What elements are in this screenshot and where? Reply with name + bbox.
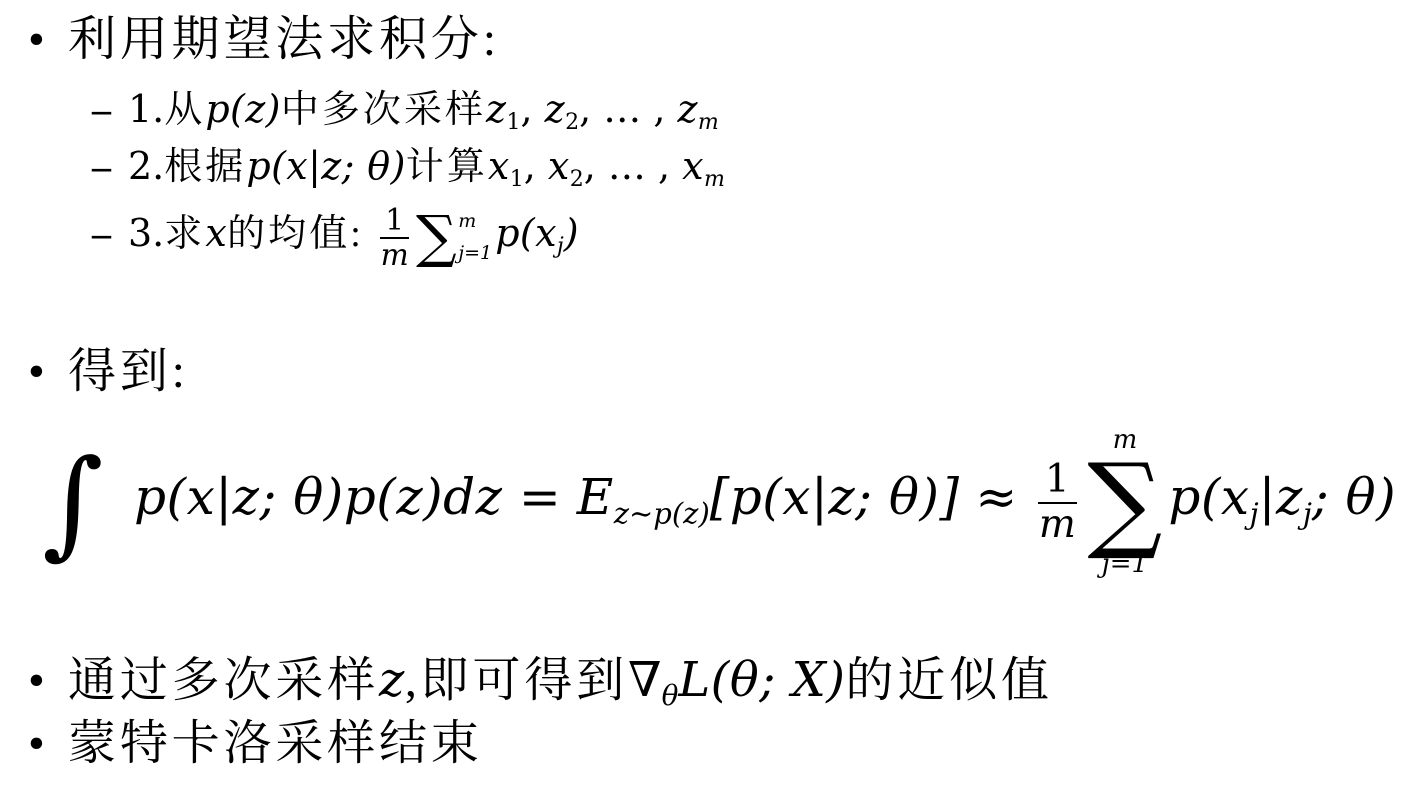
text-segment: p(x|z; θ) (246, 144, 405, 188)
text-segment: 1 (510, 167, 524, 192)
sum-lower-limit: j=1 (458, 244, 492, 263)
bullet-item-2: •得到: (28, 342, 189, 402)
text-segment: [p(x|z; θ)] (710, 468, 960, 526)
text-segment: j (557, 234, 564, 259)
bullet-icon: • (28, 342, 68, 402)
text-segment: 求 (164, 213, 205, 255)
sub-item-3: –3.求x的均值: 1m∑mj=1p(xj) (92, 204, 579, 271)
bullet-1-text: 利用期望法求积分: (68, 13, 500, 66)
fraction-denominator: m (1038, 504, 1077, 547)
sum-lower-limit: j=1 (1102, 551, 1148, 578)
text-segment: = (519, 468, 577, 526)
text-segment: E (577, 468, 614, 526)
sub-item-1: –1.从p(z)中多次采样z1, z2, … , zm (92, 86, 719, 137)
bullet-3-text: 通过多次采样z,即可得到∇θL(θ; X)的近似值 (68, 654, 1053, 707)
text-segment: 的均值: (227, 213, 376, 255)
text-segment: 计算 (406, 146, 488, 188)
summation: m∑j=1 (1087, 427, 1162, 578)
text-segment: 中多次采样 (281, 89, 486, 131)
sigma-icon: ∑ (1087, 454, 1162, 551)
sub-item-2-text: 2.根据p(x|z; θ)计算x1, x2, … , xm (128, 146, 725, 188)
text-segment: z (678, 87, 698, 131)
text-segment: x (548, 144, 570, 188)
bullet-icon: • (28, 10, 68, 70)
dash-icon: – (92, 144, 128, 192)
text-segment: 即可得到 (421, 654, 628, 707)
text-segment: z (545, 87, 565, 131)
text-segment: 从 (164, 89, 205, 131)
text-segment: x (488, 144, 510, 188)
fraction-numerator: 1 (380, 204, 410, 239)
text-segment: 2 (570, 167, 584, 192)
bullet-item-1: •利用期望法求积分: (28, 10, 500, 70)
text-segment: ≈ (960, 468, 1034, 526)
text-segment: x (682, 144, 704, 188)
fraction: 1m (1038, 459, 1077, 547)
dash-icon: – (92, 87, 128, 135)
fraction: 1m (380, 204, 410, 271)
text-segment: 2. (128, 144, 164, 188)
fraction-denominator: m (380, 239, 410, 272)
text-segment: , (520, 87, 544, 131)
text-segment: p(z) (205, 87, 281, 131)
text-segment: , (524, 144, 548, 188)
text-segment: , … , (579, 87, 677, 131)
bullet-icon: • (28, 651, 68, 711)
text-segment: , (405, 654, 421, 707)
text-segment: m (704, 167, 725, 192)
fraction-numerator: 1 (1038, 459, 1077, 504)
bullet-2-text: 得到: (68, 345, 189, 398)
sigma-icon: ∑ (416, 209, 457, 266)
sub-item-3-text: 3.求x的均值: 1m∑mj=1p(xj) (128, 213, 579, 255)
bullet-item-4: •蒙特卡洛采样结束 (28, 714, 483, 774)
text-segment: p(x|z; θ)p(z)dz (118, 468, 519, 526)
dash-icon: – (92, 211, 128, 259)
text-segment: 的近似值 (846, 654, 1053, 707)
text-segment: 1. (128, 87, 164, 131)
text-segment: 1 (506, 110, 520, 135)
text-segment: ∇ (628, 652, 662, 708)
text-segment: m (698, 110, 719, 135)
text-segment: , … , (584, 144, 682, 188)
text-segment: 通过多次采样 (68, 654, 379, 707)
bullet-item-3: •通过多次采样z,即可得到∇θL(θ; X)的近似值 (28, 650, 1053, 714)
formula-content: ∫ p(x|z; θ)p(z)dz = Ez∼p(z)[p(x|z; θ)] ≈… (40, 469, 1396, 525)
bullet-4-text: 蒙特卡洛采样结束 (68, 717, 483, 770)
integral-expectation-formula: ∫ p(x|z; θ)p(z)dz = Ez∼p(z)[p(x|z; θ)] ≈… (40, 402, 1420, 592)
sum-limits: mj=1 (458, 212, 492, 263)
text-segment: L(θ; X) (678, 652, 845, 708)
sub-item-1-text: 1.从p(z)中多次采样z1, z2, … , zm (128, 89, 719, 131)
text-segment: 2 (565, 110, 579, 135)
text-segment: ) (564, 211, 579, 255)
sum-upper-limit: m (458, 212, 492, 231)
text-segment: j (1303, 496, 1312, 530)
text-segment: ; θ) (1312, 468, 1396, 526)
text-segment: z (379, 652, 405, 708)
text-segment: z∼p(z) (614, 496, 710, 530)
text-segment: θ (662, 679, 679, 712)
text-segment: |z (1259, 468, 1303, 526)
text-segment: 根据 (164, 146, 246, 188)
summation: ∑mj=1 (416, 209, 492, 266)
text-segment: 3. (128, 211, 164, 255)
sub-item-2: –2.根据p(x|z; θ)计算x1, x2, … , xm (92, 143, 725, 194)
text-segment: z (486, 87, 506, 131)
bullet-icon: • (28, 714, 68, 774)
integral-icon: ∫ (42, 434, 103, 571)
text-segment: x (205, 211, 227, 255)
text-segment: p(x (495, 211, 557, 255)
text-segment: p(x (1168, 468, 1249, 526)
text-segment: j (1250, 496, 1259, 530)
